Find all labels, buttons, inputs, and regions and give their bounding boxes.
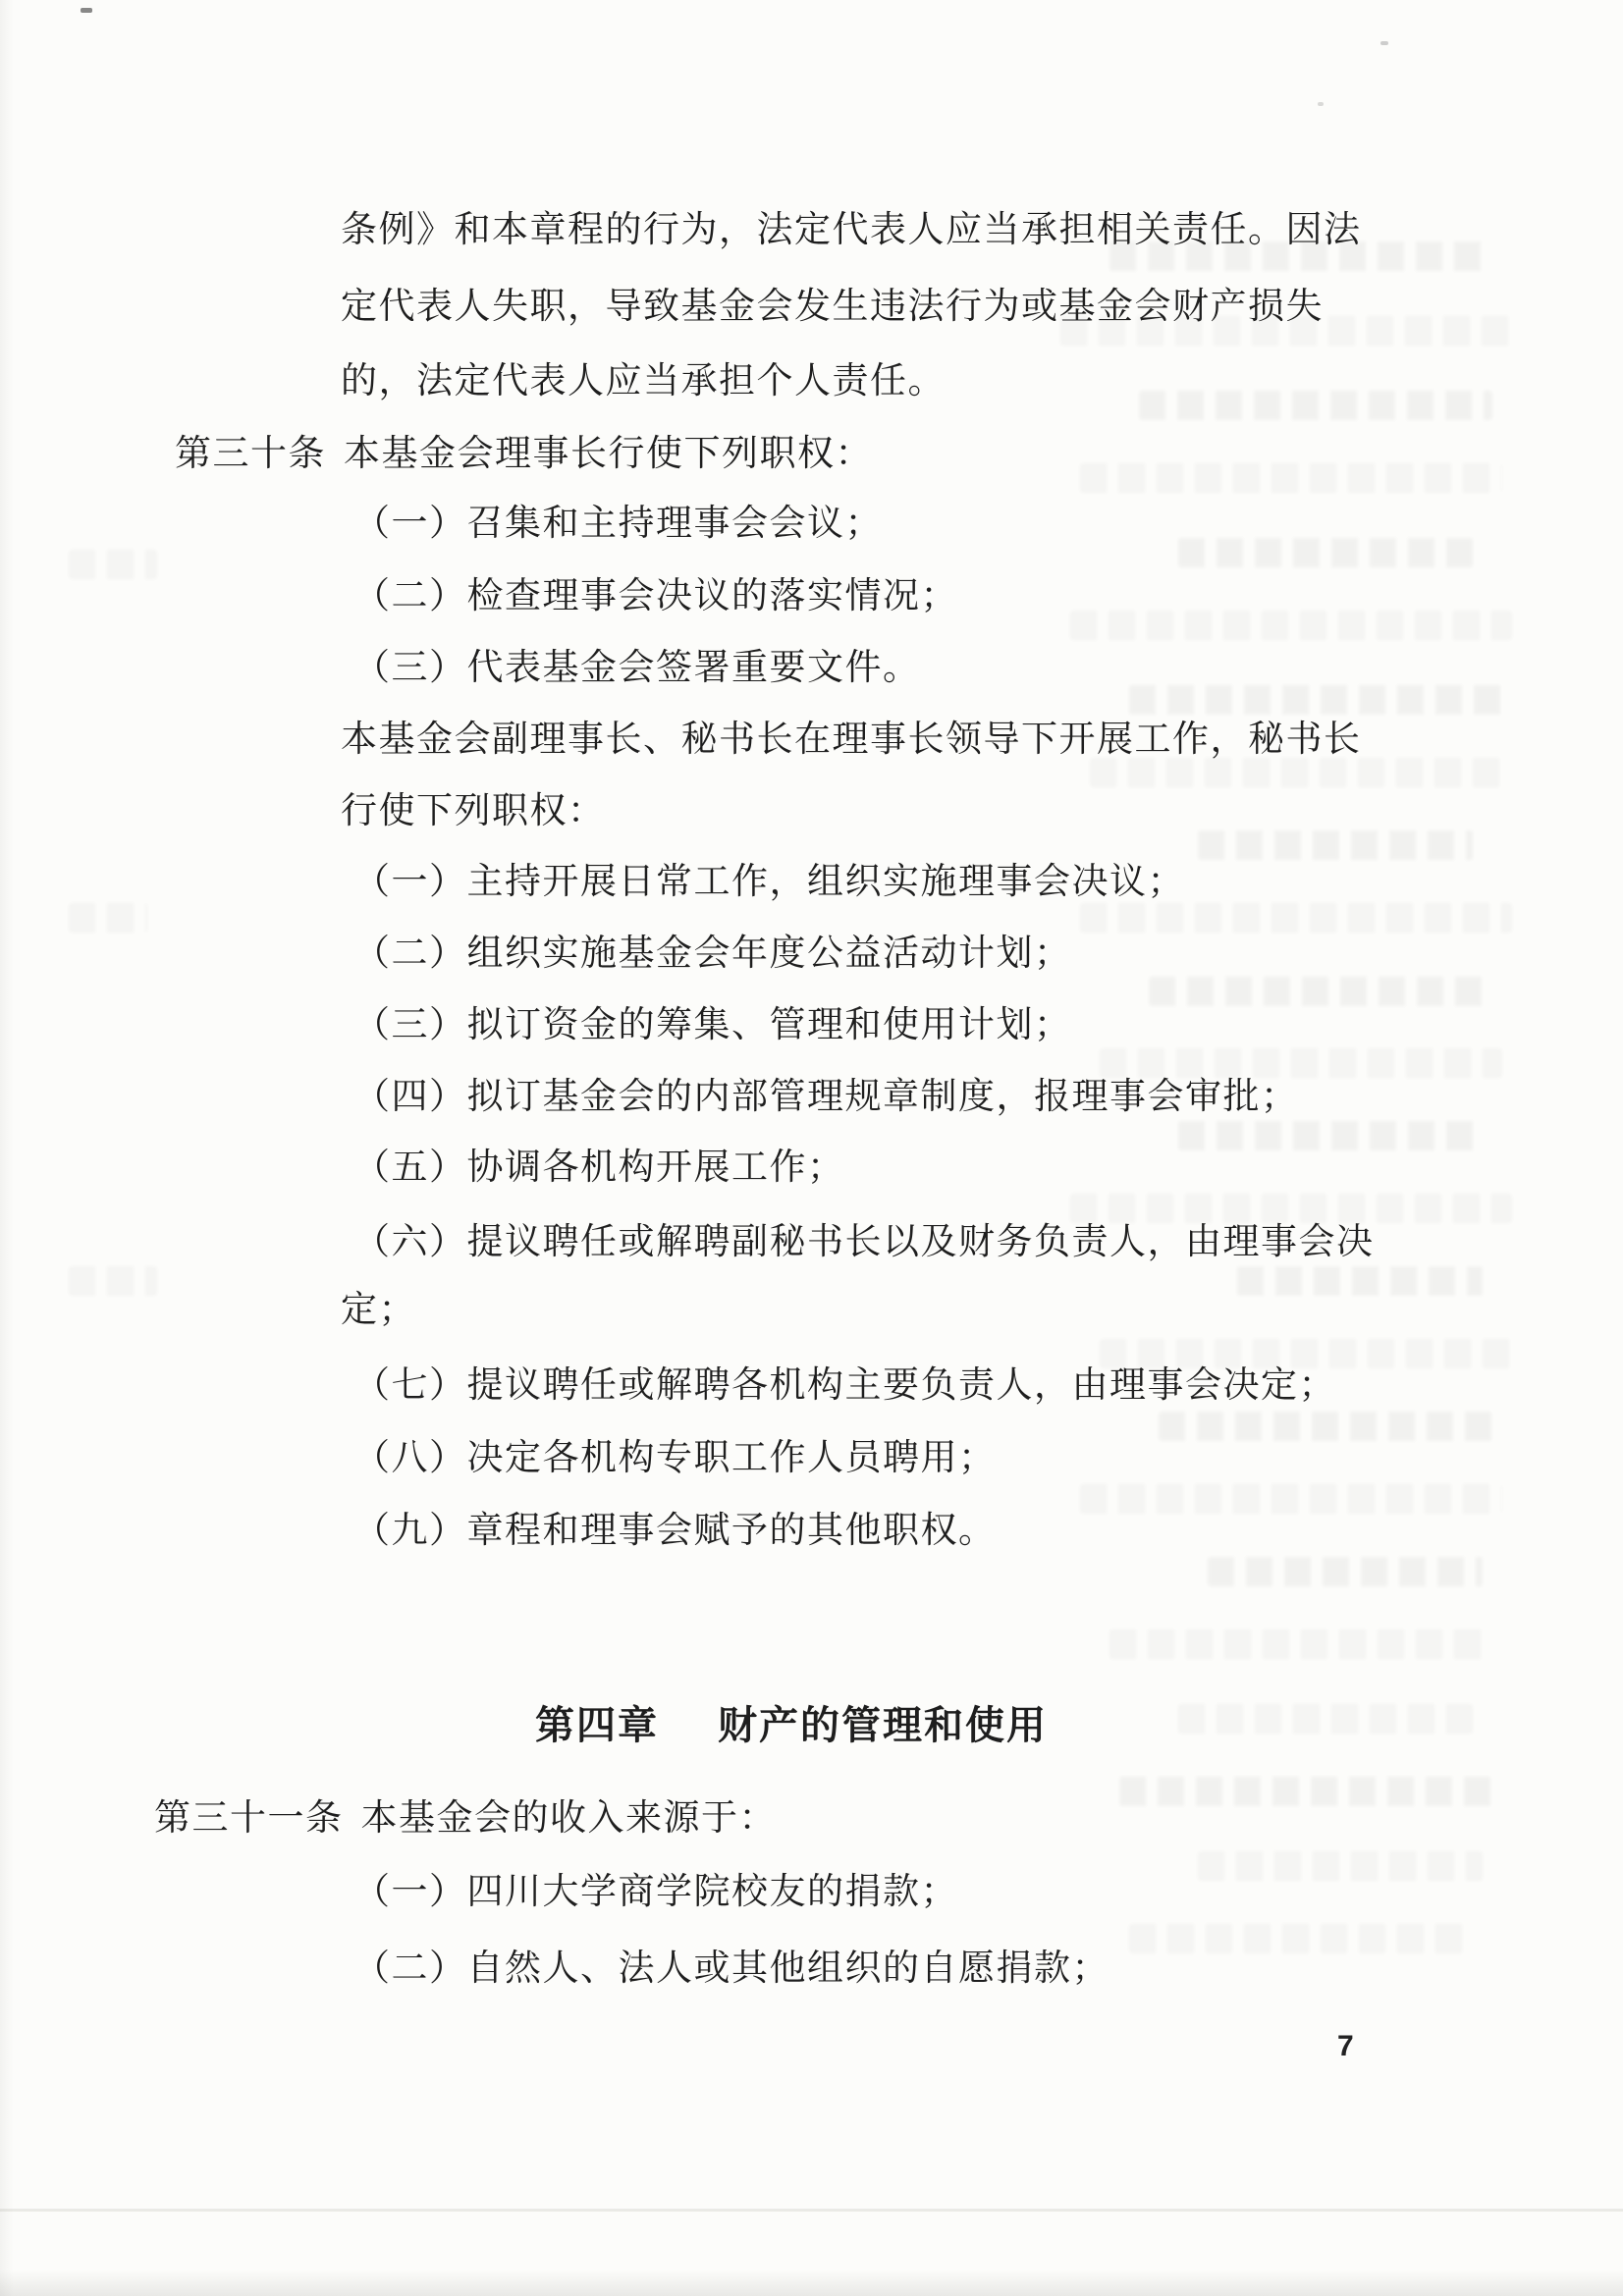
article-30-chair-power-1: （一）召集和主持理事会会议； <box>353 502 883 547</box>
scan-speck <box>1318 102 1324 106</box>
article-31-income-source-2: （二）自然人、法人或其他组织的自愿捐款； <box>353 1947 1109 1992</box>
secretary-power-7: （七）提议聘任或解聘各机构主要负责人，由理事会决定； <box>353 1363 1336 1409</box>
secretary-power-3: （三）拟订资金的筹集、管理和使用计划； <box>353 1003 1072 1048</box>
chapter-4-number: 第四章 <box>535 1703 659 1747</box>
chapter-4-heading: 第四章财产的管理和使用 <box>535 1694 1048 1750</box>
secretary-power-9: （九）章程和理事会赋予的其他职权。 <box>353 1509 997 1554</box>
article-31-income-source-1: （一）四川大学商学院校友的捐款； <box>353 1870 958 1915</box>
article-30-intro: 本基金会理事长行使下列职权： <box>344 434 873 474</box>
secretary-power-6-wrap: 定； <box>341 1288 416 1333</box>
continuation-line-3: 的，法定代表人应当承担个人责任。 <box>341 359 946 404</box>
scanner-streak-artifact <box>0 2209 1623 2212</box>
article-31-intro: 本基金会的收入来源于： <box>361 1798 778 1839</box>
article-30-heading: 第三十条本基金会理事长行使下列职权： <box>175 432 873 477</box>
article-30-chair-power-3: （三）代表基金会签署重要文件。 <box>353 646 921 691</box>
scanner-left-edge <box>0 0 14 2296</box>
secretary-power-4: （四）拟订基金会的内部管理规章制度，报理事会审批； <box>353 1075 1299 1120</box>
secretary-power-8: （八）决定各机构专职工作人员聘用； <box>353 1436 997 1481</box>
secretary-paragraph-line-1: 本基金会副理事长、秘书长在理事长领导下开展工作，秘书长 <box>341 718 1362 763</box>
secretary-paragraph-line-2: 行使下列职权： <box>341 789 606 834</box>
article-31-label: 第三十一条 <box>154 1798 344 1839</box>
article-31-heading: 第三十一条本基金会的收入来源于： <box>154 1796 777 1842</box>
scanned-document-page: 条例》和本章程的行为，法定代表人应当承担相关责任。因法 定代表人失职，导致基金会… <box>0 0 1623 2296</box>
scanner-bottom-shade <box>0 2270 1623 2296</box>
scan-speck <box>81 8 92 13</box>
secretary-power-2: （二）组织实施基金会年度公益活动计划； <box>353 932 1072 977</box>
secretary-power-6: （六）提议聘任或解聘副秘书长以及财务负责人，由理事会决 <box>353 1220 1375 1265</box>
secretary-power-1: （一）主持开展日常工作，组织实施理事会决议； <box>353 860 1185 905</box>
secretary-power-5: （五）协调各机构开展工作； <box>353 1146 845 1191</box>
article-30-chair-power-2: （二）检查理事会决议的落实情况； <box>353 574 958 619</box>
scan-speck <box>1380 41 1388 45</box>
page-number: 7 <box>1337 2030 1354 2063</box>
article-30-label: 第三十条 <box>175 434 326 474</box>
chapter-4-title: 财产的管理和使用 <box>718 1703 1048 1747</box>
